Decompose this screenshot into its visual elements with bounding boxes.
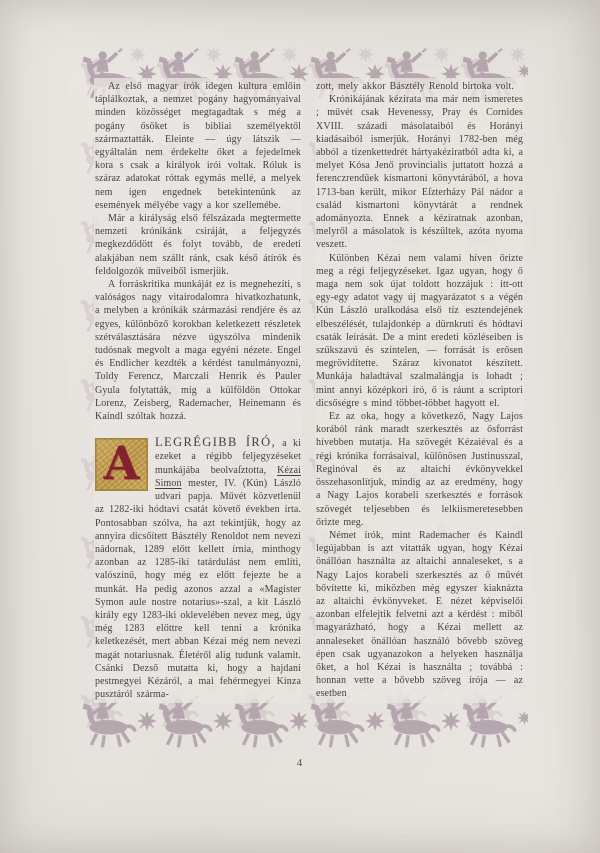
body-paragraph: Ez az oka, hogy a következő, Nagy Lajos … [316,410,523,529]
lead-paragraph-with-initial: ALEGRÉGIBB ÍRÓ, a ki ezeket a régibb fel… [95,436,301,701]
body-paragraph: zott, mely akkor Básztély Renold birtoka… [316,80,523,93]
page-number: 4 [0,757,600,769]
illuminated-initial-A: A [95,438,148,491]
body-paragraph: Krónikájának kézirata ma már nem ismeret… [316,93,523,251]
body-paragraph: Már a királyság első félszázada megterme… [95,212,301,278]
scanned-book-page: #ornament svg use{fill:#c9bcc2;} #orname… [0,0,600,853]
left-text-column: Az első magyar írók idegen kultura emlői… [94,78,302,703]
body-paragraph: A forráskritika munkáját ez is megnehezí… [95,278,301,423]
body-paragraph: Német írók, mint Rademacher és Kaindl le… [316,529,523,701]
lead-opening-caps: LEGRÉGIBB ÍRÓ, [155,435,276,449]
body-paragraph: Az első magyar írók idegen kultura emlői… [95,80,301,212]
body-paragraph: Különben Kézai nem valami híven őrizte m… [316,252,523,410]
right-text-column: zott, mely akkor Básztély Renold birtoka… [315,78,524,703]
lead-text: mester, IV. (Kún) László udvari papja. M… [95,478,301,700]
